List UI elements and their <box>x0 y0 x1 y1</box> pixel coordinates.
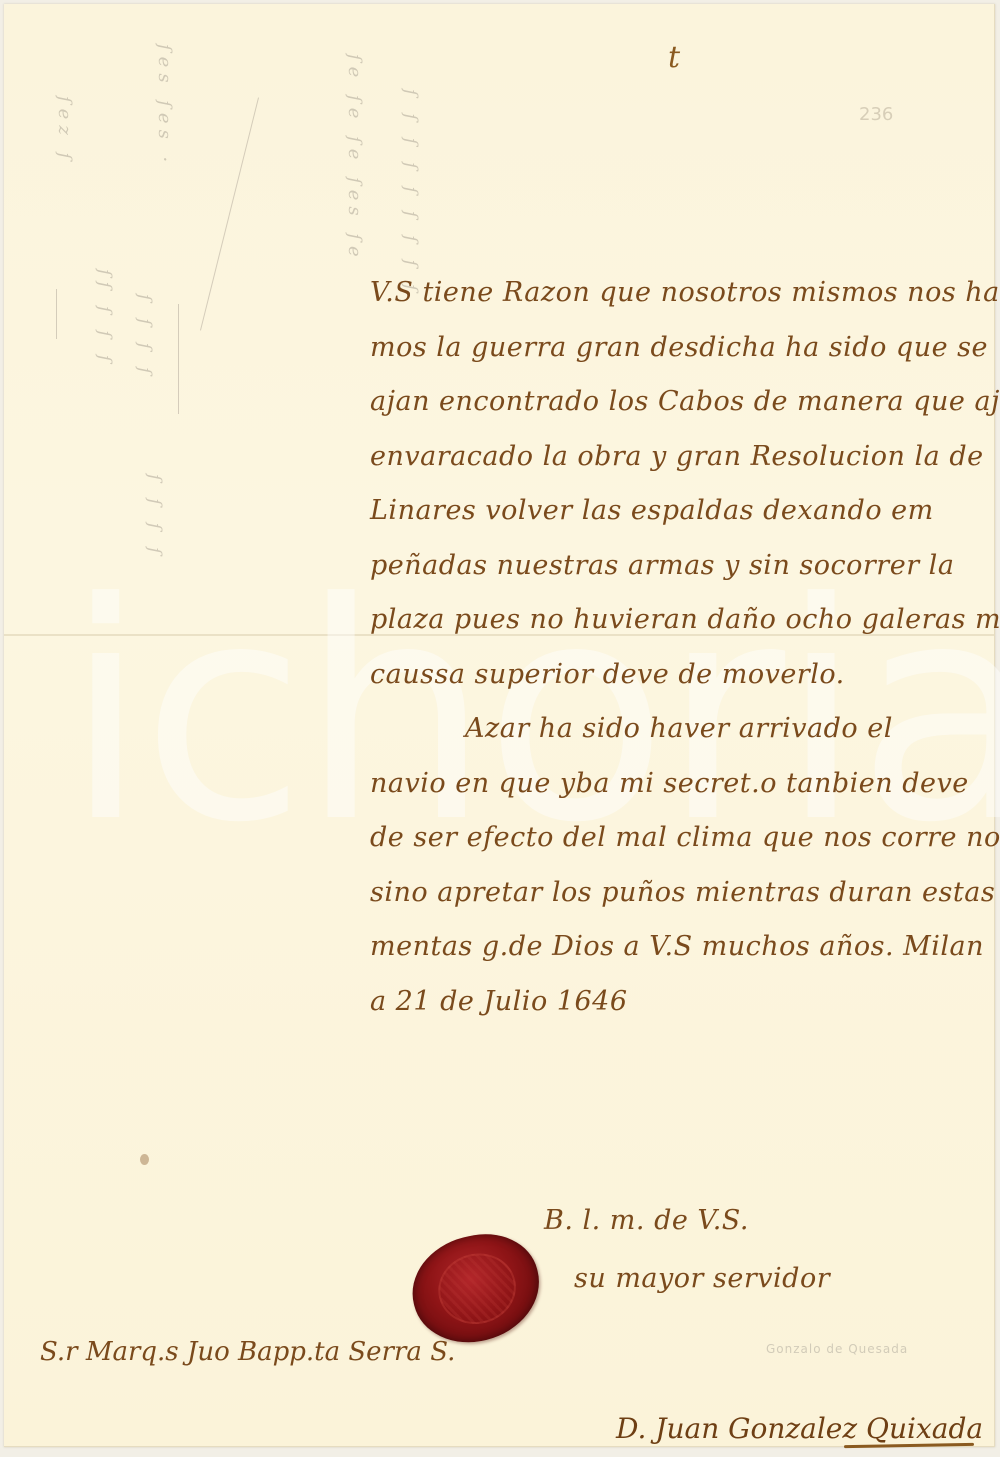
letter-line: Linares volver las espaldas dexando em <box>370 484 990 539</box>
bleed-through-text: ſ ſ ſ ſ <box>144 474 165 560</box>
letter-body: V.S tiene Razon que nosotros mismos nos … <box>370 266 990 1029</box>
signature: D. Juan Gonzalez Quixada <box>616 1412 983 1445</box>
letter-line: V.S tiene Razon que nosotros mismos nos … <box>370 266 990 321</box>
seal-impression <box>431 1245 524 1332</box>
letter-line: peñadas nuestras armas y sin socorrer la <box>370 539 990 594</box>
letter-line: ajan encontrado los Cabos de manera que … <box>370 375 990 430</box>
letter-line: plaza pues no huvieran daño ocho galeras… <box>370 593 990 648</box>
letter-line: mentas g.de Dios a V.S muchos años. Mila… <box>370 920 990 975</box>
ink-stain <box>140 1154 149 1165</box>
letter-line: sino apretar los puños mientras duran es… <box>370 866 990 921</box>
pencil-mark <box>178 304 179 414</box>
letter-line: envaracado la obra y gran Resolucion la … <box>370 430 990 485</box>
letter-page: ſez ſ ſes ſes · ſe ſe ſe ſes ſe ſ ſ ſ ſ … <box>4 4 995 1447</box>
bleed-through-text: ſez ſ <box>54 96 75 165</box>
bleed-through-text: ſſ ſ ſ ſ <box>94 269 115 367</box>
date-line: a 21 de Julio 1646 <box>370 975 990 1030</box>
bleed-through-text: ſ ſ ſ ſ <box>134 294 155 380</box>
closing-line: B. l. m. de V.S. <box>544 1192 984 1250</box>
letter-line: navio en que yba mi secret.o tanbien dev… <box>370 757 990 812</box>
folio-number: 236 <box>859 104 893 125</box>
closing-line: su mayor servidor <box>544 1250 984 1308</box>
letter-line: caussa superior deve de moverlo. <box>370 648 990 703</box>
letter-line: Azar ha sido haver arrivado el <box>370 702 990 757</box>
letter-line: de ser efecto del mal clima que nos corr… <box>370 811 990 866</box>
closing-formula: B. l. m. de V.S. su mayor servidor <box>544 1192 984 1308</box>
letter-line: mos la guerra gran desdicha ha sido que … <box>370 321 990 376</box>
addressee: S.r Marq.s Juo Bapp.ta Serra S. <box>40 1337 455 1367</box>
top-cross-mark: t <box>668 40 680 75</box>
bleed-through-text: ſes ſes · <box>154 44 175 168</box>
pencil-mark <box>200 97 259 330</box>
pencil-mark <box>56 289 57 339</box>
pencil-name-annotation: Gonzalo de Quesada <box>766 1342 908 1356</box>
wax-seal <box>401 1222 551 1355</box>
bleed-through-text: ſe ſe ſe ſes ſe <box>344 54 365 263</box>
